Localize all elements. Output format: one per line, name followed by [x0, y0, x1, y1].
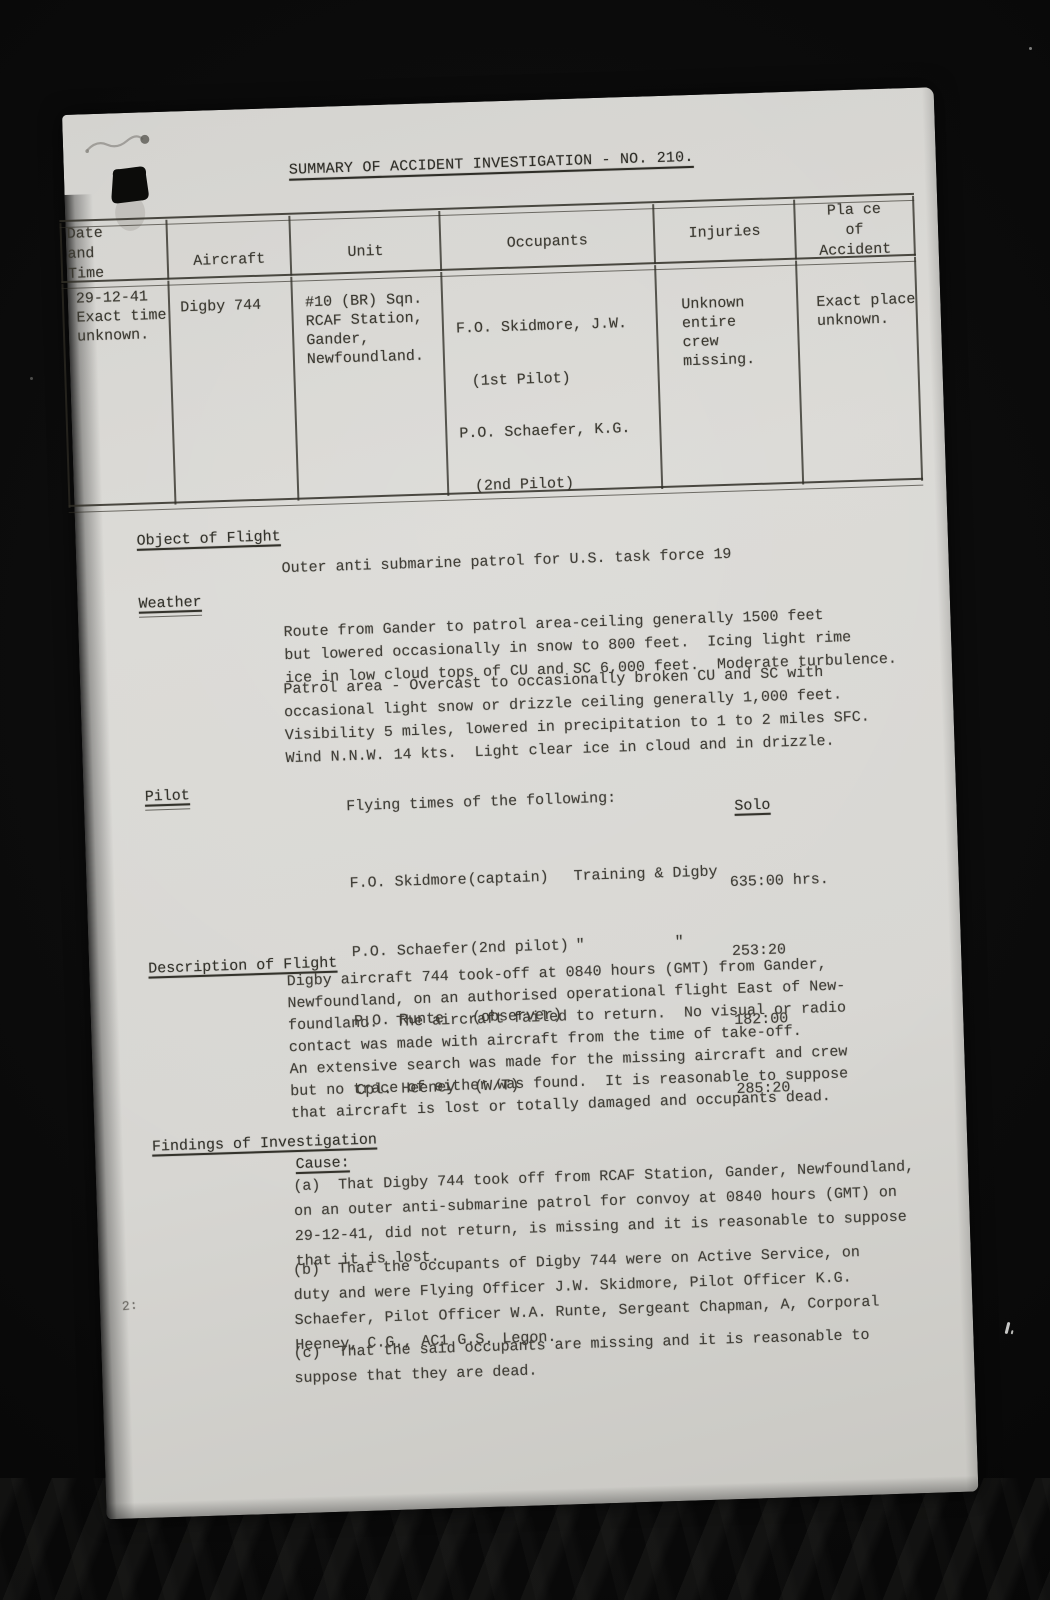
pilot-role: (2nd pilot)	[469, 934, 576, 960]
pilot-training: Training & Digby	[573, 860, 718, 888]
stray-white-mark	[1005, 1322, 1011, 1334]
flying-times-label: Flying times of the following:	[346, 788, 617, 819]
occupant-name: P.O. Schaefer, K.G.	[459, 419, 659, 443]
header-aircraft: Aircraft	[167, 216, 292, 280]
pilot-training-ditto: " "	[575, 931, 684, 957]
weather-heading: Weather	[138, 592, 202, 618]
document-page: SUMMARY OF ACCIDENT INVESTIGATION - NO. …	[62, 87, 978, 1519]
cell-place-of-accident: Exact place unknown.	[797, 257, 923, 485]
cell-aircraft: Digby 744	[169, 277, 299, 505]
pen-scribble	[79, 128, 164, 165]
header-occupants: Occupants	[440, 204, 656, 271]
occupant-name: F.O. Skidmore, J.W.	[456, 314, 656, 338]
object-of-flight-text: Outer anti submarine patrol for U.S. tas…	[281, 544, 732, 580]
stray-dot-left	[30, 377, 33, 380]
pilot-name: F.O. Skidmore	[349, 868, 468, 895]
cell-injuries: Unknown entire crew missing.	[656, 261, 804, 489]
solo-column-label: Solo	[734, 795, 771, 818]
scan-background: SUMMARY OF ACCIDENT INVESTIGATION - NO. …	[0, 0, 1050, 1600]
header-date-time: Date and Time	[59, 220, 169, 283]
header-injuries: Injuries	[654, 200, 797, 264]
pilot-heading: Pilot	[144, 785, 190, 810]
pilot-name: P.O. Schaefer	[352, 937, 471, 964]
description-of-flight-text: Digby aircraft 744 took-off at 0840 hour…	[286, 953, 849, 1125]
object-of-flight-heading: Object of Flight	[136, 526, 281, 553]
pilot-role: (captain)	[467, 865, 574, 891]
header-place-of-accident: Pla ce of Accident	[795, 196, 916, 260]
page-edge-shadow-right	[922, 87, 979, 1492]
cell-date-time: 29-12-41 Exact time unknown.	[61, 281, 176, 508]
cell-unit: #10 (BR) Sqn. RCAF Station, Gander, Newf…	[292, 272, 449, 501]
header-unit: Unit	[290, 211, 442, 276]
cell-occupants: F.O. Skidmore, J.W. (1st Pilot) P.O. Sch…	[442, 265, 663, 496]
occupant-role: (1st Pilot)	[457, 367, 657, 391]
document-title: SUMMARY OF ACCIDENT INVESTIGATION - NO. …	[289, 147, 694, 182]
stray-dot	[1029, 47, 1032, 50]
table-data-row: 29-12-41 Exact time unknown. Digby 744 #…	[61, 257, 923, 508]
weather-paragraph-2: Patrol area - Overcast to occasionally b…	[283, 660, 871, 771]
accident-summary-table: Date and Time Aircraft Unit Occupants In…	[59, 195, 923, 510]
solo-hours-value: 635:00 hrs.	[729, 868, 829, 894]
pencil-margin-note: 2:	[121, 1295, 139, 1318]
flying-times-row: F.O. Skidmore(captain)Training & Digby	[349, 860, 718, 895]
